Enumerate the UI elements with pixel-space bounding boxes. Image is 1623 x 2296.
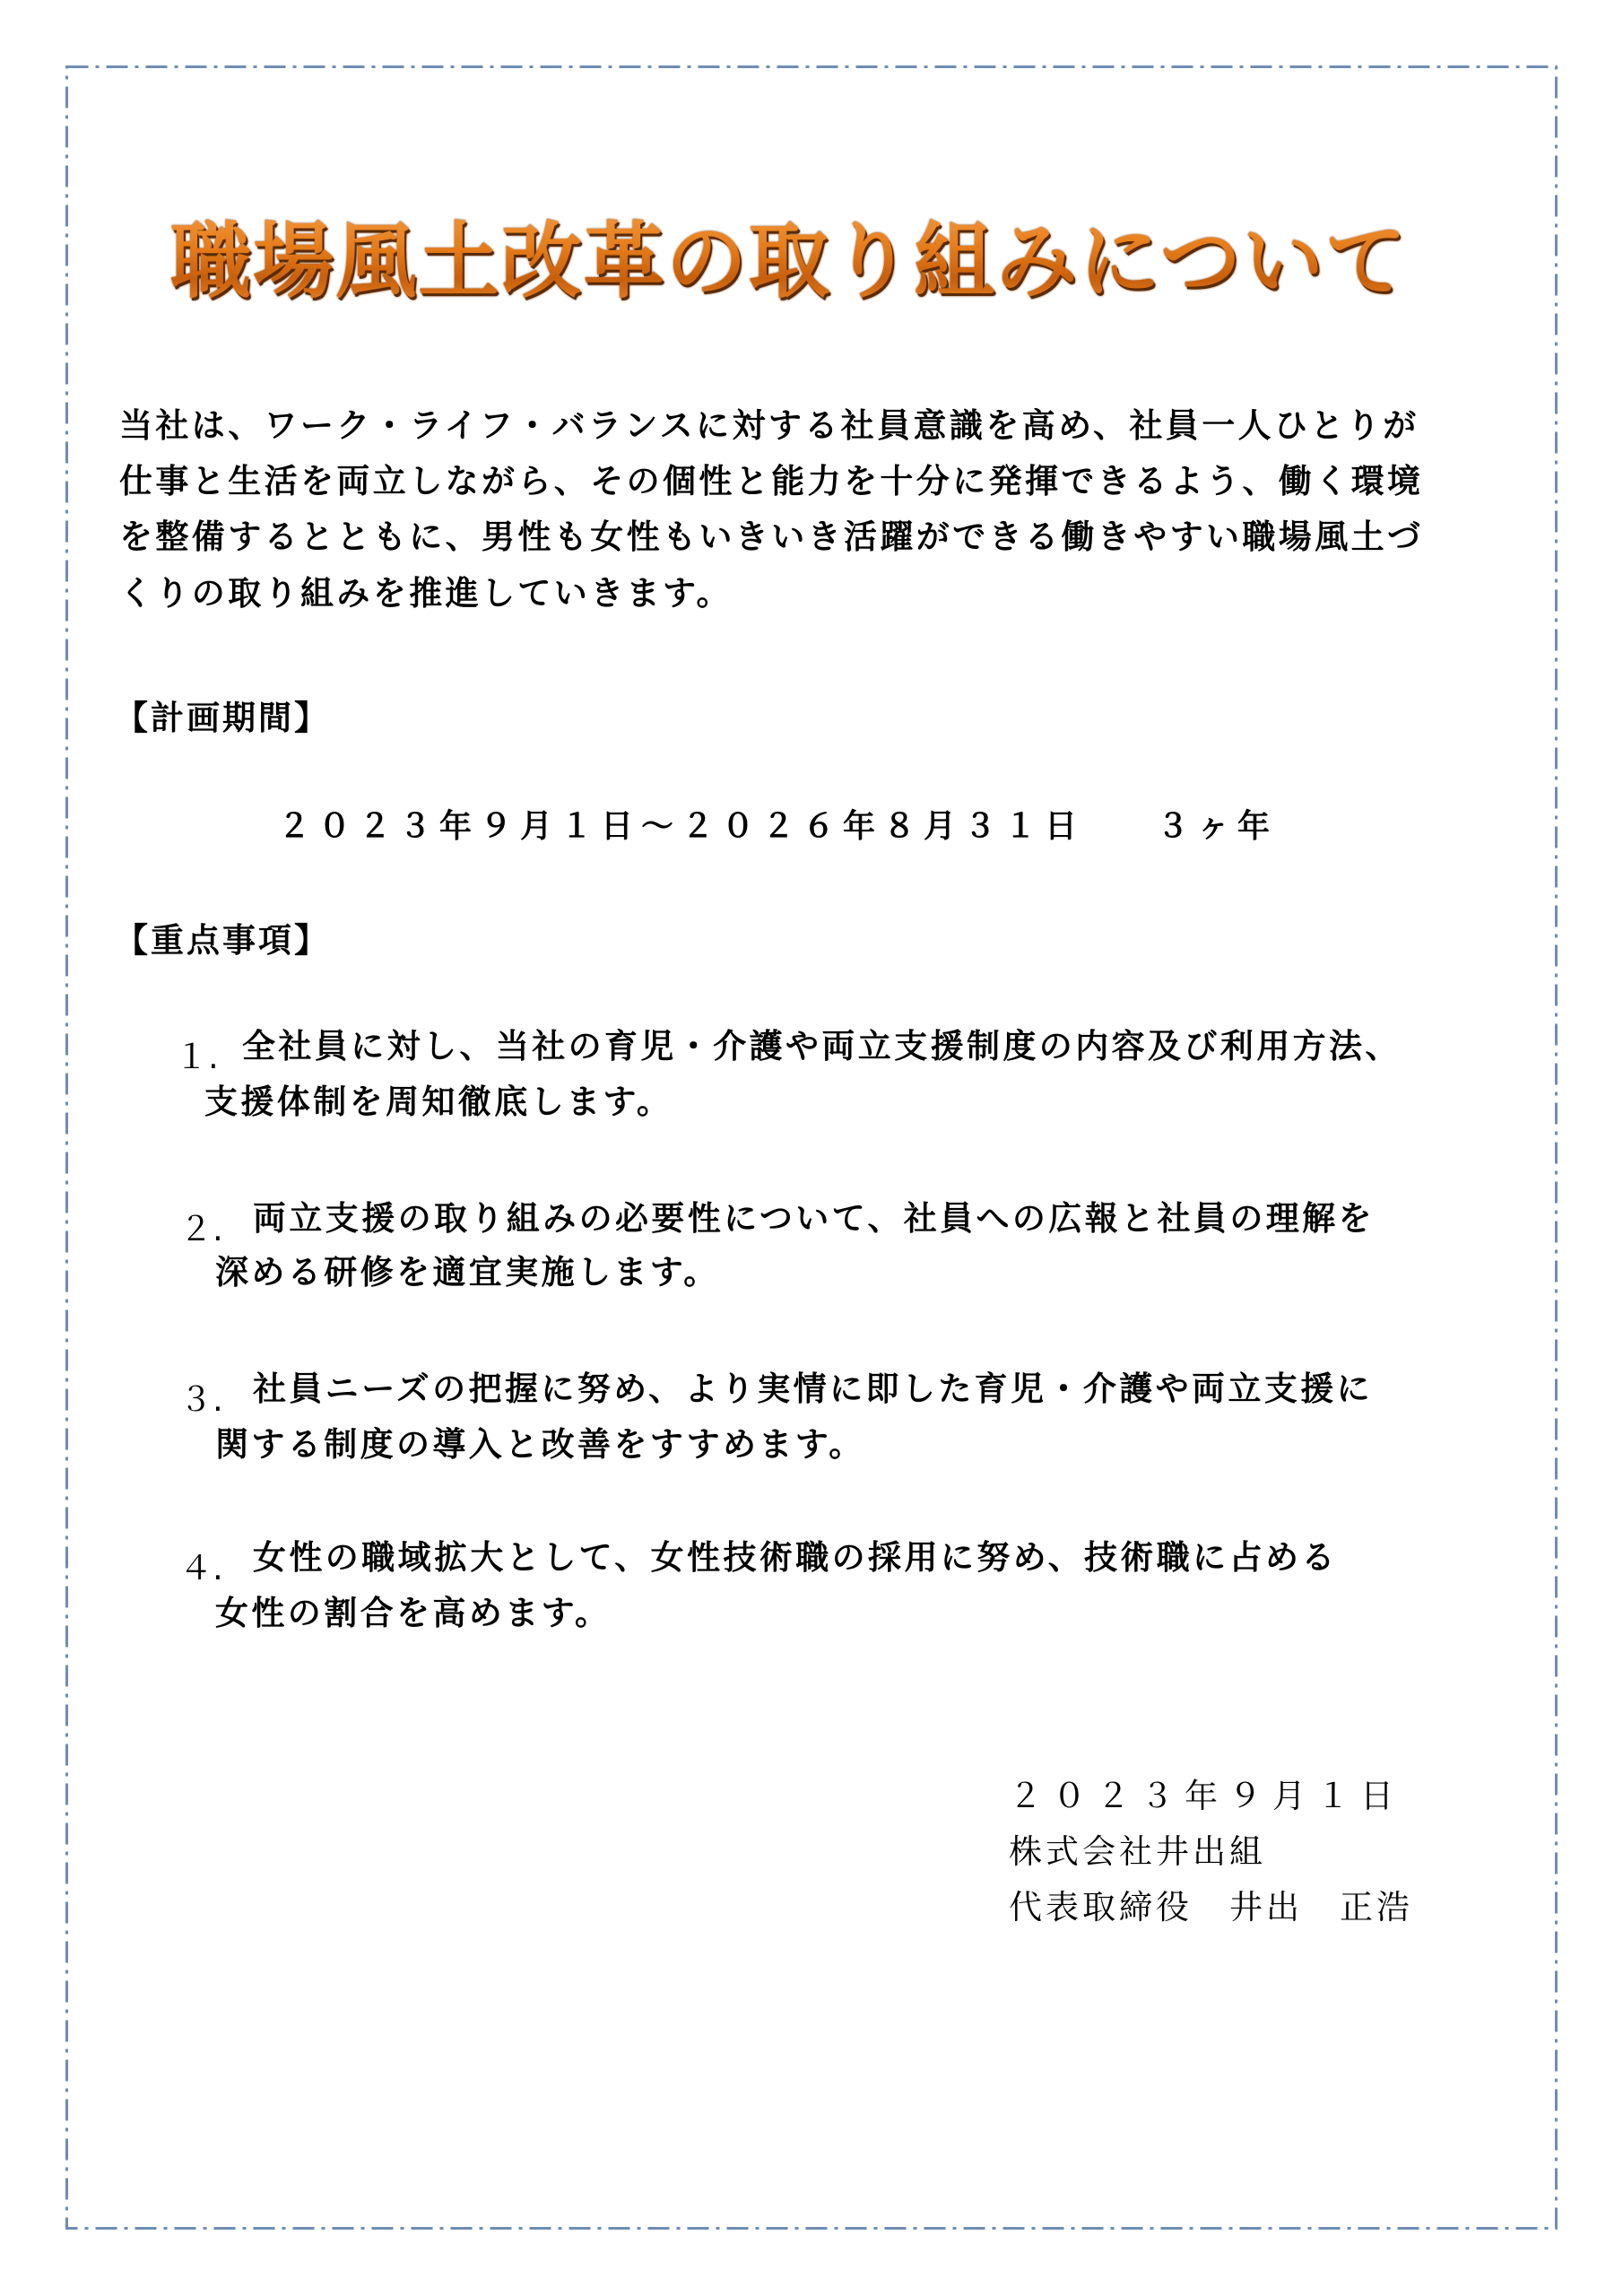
item-text-line2: 関する制度の導入と改善をすすめます。 <box>215 1428 865 1461</box>
item-number: １. <box>175 1030 219 1078</box>
item-text-line2: 女性の割合を高めます。 <box>215 1596 611 1630</box>
item-number: ４. <box>179 1541 223 1589</box>
item-text-line2: 深める研修を適宜実施します。 <box>215 1256 720 1289</box>
item-text-line1: 両立支援の取り組みの必要性について、社員への広報と社員の理解を <box>253 1202 1375 1235</box>
item-text-line2: 支援体制を周知徹底します。 <box>204 1085 673 1118</box>
item-text-line1: 社員ニーズの把握に努め、より実情に即した育児・介護や両立支援に <box>253 1372 1373 1405</box>
plan-period-duration: ３ヶ年 <box>1157 808 1278 845</box>
item-text-line1: 全社員に対し、当社の育児・介護や両立支援制度の内容及び利用方法、 <box>242 1030 1402 1063</box>
item-text-line1: 女性の職域拡大として、女性技術職の採用に努め、技術職に占める <box>253 1541 1338 1574</box>
signature-date: ２０２３年９月１日 <box>1009 1769 1404 1817</box>
item-number: ２. <box>179 1202 223 1250</box>
intro-line: を整備するとともに、男性も女性もいきいき活躍ができる働きやすい職場風土づ <box>119 520 1423 553</box>
item-number: ３. <box>179 1372 223 1421</box>
plan-period-range: ２０２３年９月１日～２０２６年８月３１日 <box>278 808 1085 845</box>
intro-line: 仕事と生活を両立しながら、その個性と能力を十分に発揮できるよう、働く環境 <box>119 465 1423 498</box>
signature-representative: 代表取締役 井出 正浩 <box>1009 1880 1413 1928</box>
document-title: 職場風土改革の取り組みについて <box>170 196 1419 314</box>
key-items-heading: 【重点事項】 <box>115 913 330 961</box>
signature-company: 株式会社井出組 <box>1009 1824 1266 1873</box>
intro-line: くりの取り組みを推進していきます。 <box>119 577 733 610</box>
intro-line: 当社は、ワーク・ライフ・バランスに対する社員意識を高め、社員一人ひとりが <box>119 409 1419 442</box>
plan-period-heading: 【計画期間】 <box>115 691 330 739</box>
plan-period: ２０２３年９月１日～２０２６年８月３１日３ヶ年 <box>278 801 1278 847</box>
